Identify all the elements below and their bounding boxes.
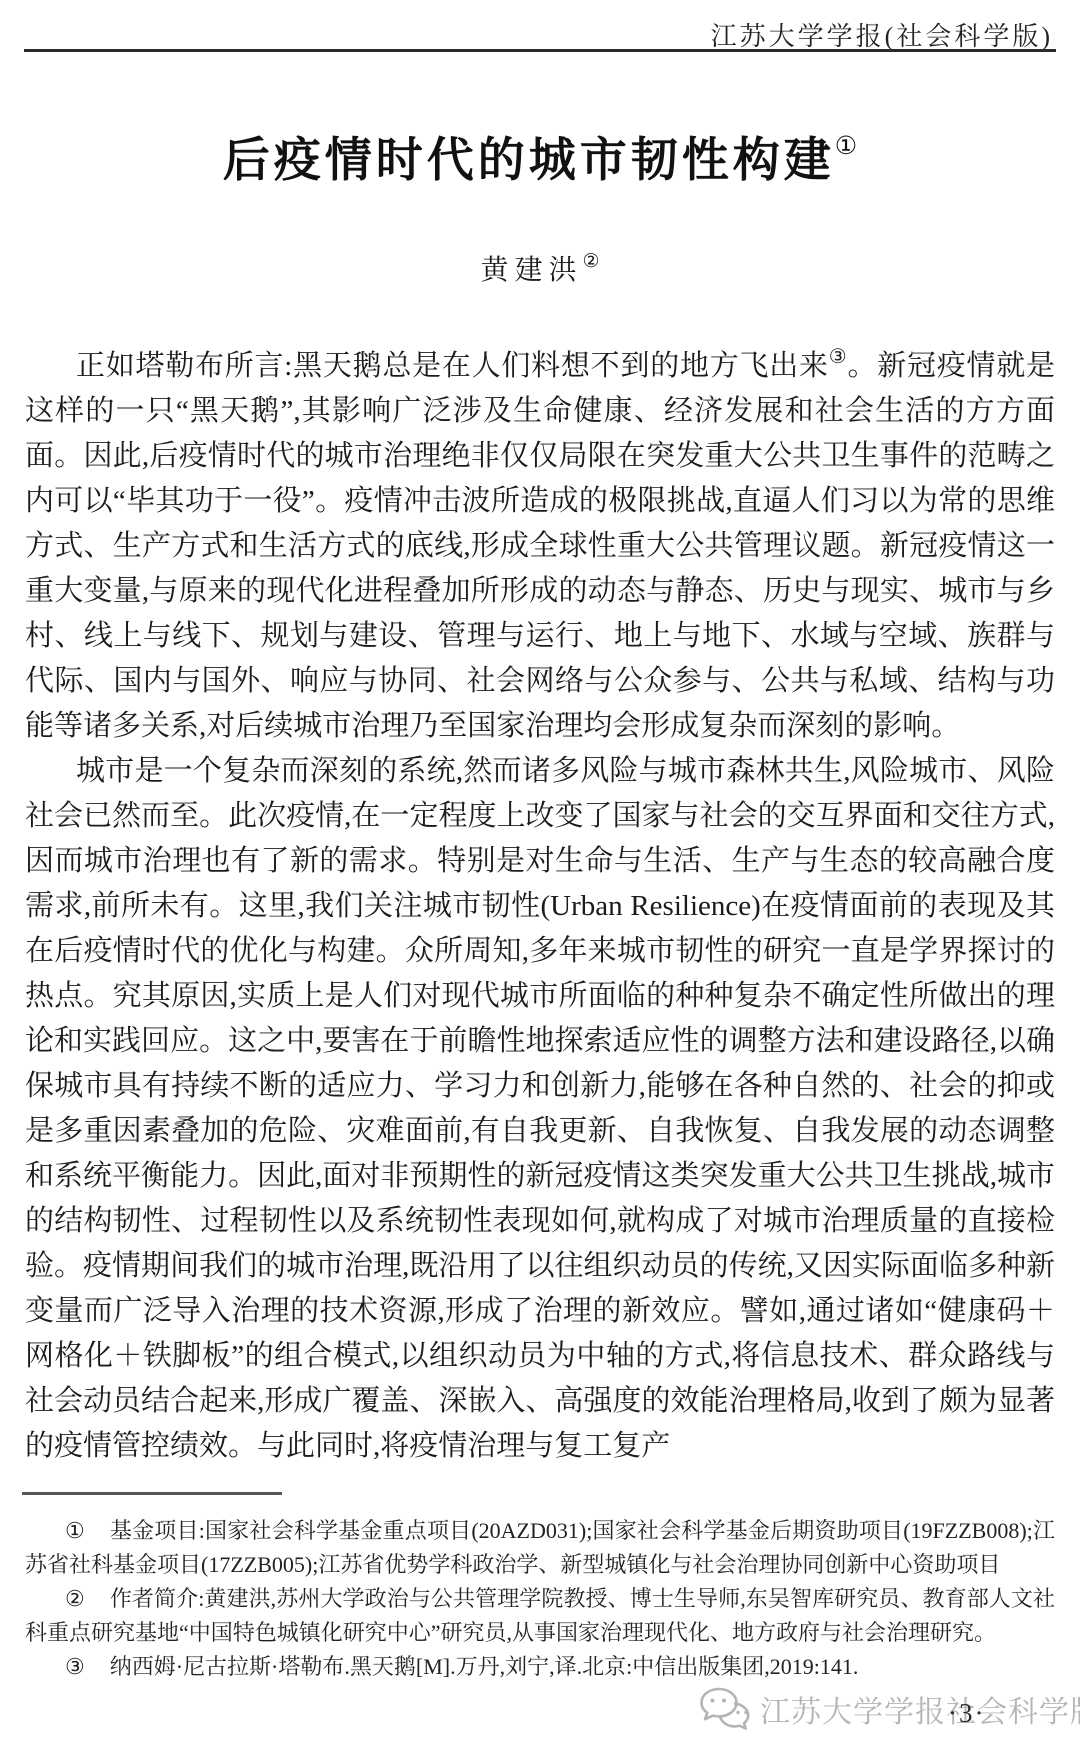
- paragraph-text: 。新冠疫情就是这样的一只“黑天鹅”,其影响广泛涉及生命健康、经济发展和社会生活的…: [25, 350, 1055, 742]
- article-body: 正如塔勒布所言:黑天鹅总是在人们料想不到的地方飞出来③。新冠疫情就是这样的一只“…: [25, 344, 1055, 1469]
- footnotes: ①基金项目:国家社会科学基金重点项目(20AZD031);国家社会科学基金后期资…: [25, 1514, 1055, 1684]
- page-number: ·3·: [948, 1698, 985, 1729]
- paragraph-text: 正如塔勒布所言:黑天鹅总是在人们料想不到的地方飞出来: [76, 350, 829, 382]
- footnote-item: ②作者简介:黄建洪,苏州大学政治与公共管理学院教授、博士生导师,东吴智库研究员、…: [25, 1582, 1055, 1650]
- footnote-text: 纳西姆·尼古拉斯·塔勒布.黑天鹅[M].万丹,刘宁,译.北京:中信出版集团,20…: [110, 1654, 859, 1679]
- article-title: 后疫情时代的城市韧性构建①: [0, 136, 1080, 188]
- footnote-marker: ③: [65, 1654, 85, 1679]
- body-paragraph-2: 城市是一个复杂而深刻的系统,然而诸多风险与城市森林共生,风险城市、风险社会已然而…: [25, 749, 1055, 1469]
- footnote-text: 基金项目:国家社会科学基金重点项目(20AZD031);国家社会科学基金后期资助…: [25, 1518, 1055, 1577]
- footnote-separator: [22, 1492, 282, 1495]
- footnote-marker: ①: [65, 1518, 85, 1543]
- author-line: 黄建洪②: [0, 248, 1080, 288]
- title-footnote-ref: ①: [835, 133, 857, 160]
- journal-name: 江苏大学学报(社会科学版): [711, 22, 1053, 51]
- header-rule: [24, 49, 1056, 52]
- author-name: 黄建洪: [480, 255, 582, 286]
- footnote-text: 作者简介:黄建洪,苏州大学政治与公共管理学院教授、博士生导师,东吴智库研究员、教…: [25, 1586, 1055, 1645]
- footnote-marker: ②: [65, 1586, 85, 1611]
- body-paragraph-1: 正如塔勒布所言:黑天鹅总是在人们料想不到的地方飞出来③。新冠疫情就是这样的一只“…: [25, 344, 1055, 749]
- journal-page: 江苏大学学报(社会科学版) 后疫情时代的城市韧性构建① 黄建洪② 正如塔勒布所言…: [0, 0, 1080, 1762]
- journal-header: 江苏大学学报(社会科学版): [711, 16, 1053, 53]
- inline-footnote-ref: ③: [829, 346, 848, 368]
- watermark-text: 江苏大学学报社会科学版: [760, 1687, 1080, 1731]
- wechat-icon: [698, 1686, 752, 1732]
- article-title-text: 后疫情时代的城市韧性构建: [223, 135, 835, 187]
- footnote-item: ③纳西姆·尼古拉斯·塔勒布.黑天鹅[M].万丹,刘宁,译.北京:中信出版集团,2…: [25, 1650, 1055, 1684]
- footnote-item: ①基金项目:国家社会科学基金重点项目(20AZD031);国家社会科学基金后期资…: [25, 1514, 1055, 1582]
- author-footnote-ref: ②: [582, 251, 599, 272]
- journal-watermark: 江苏大学学报社会科学版: [698, 1686, 1080, 1732]
